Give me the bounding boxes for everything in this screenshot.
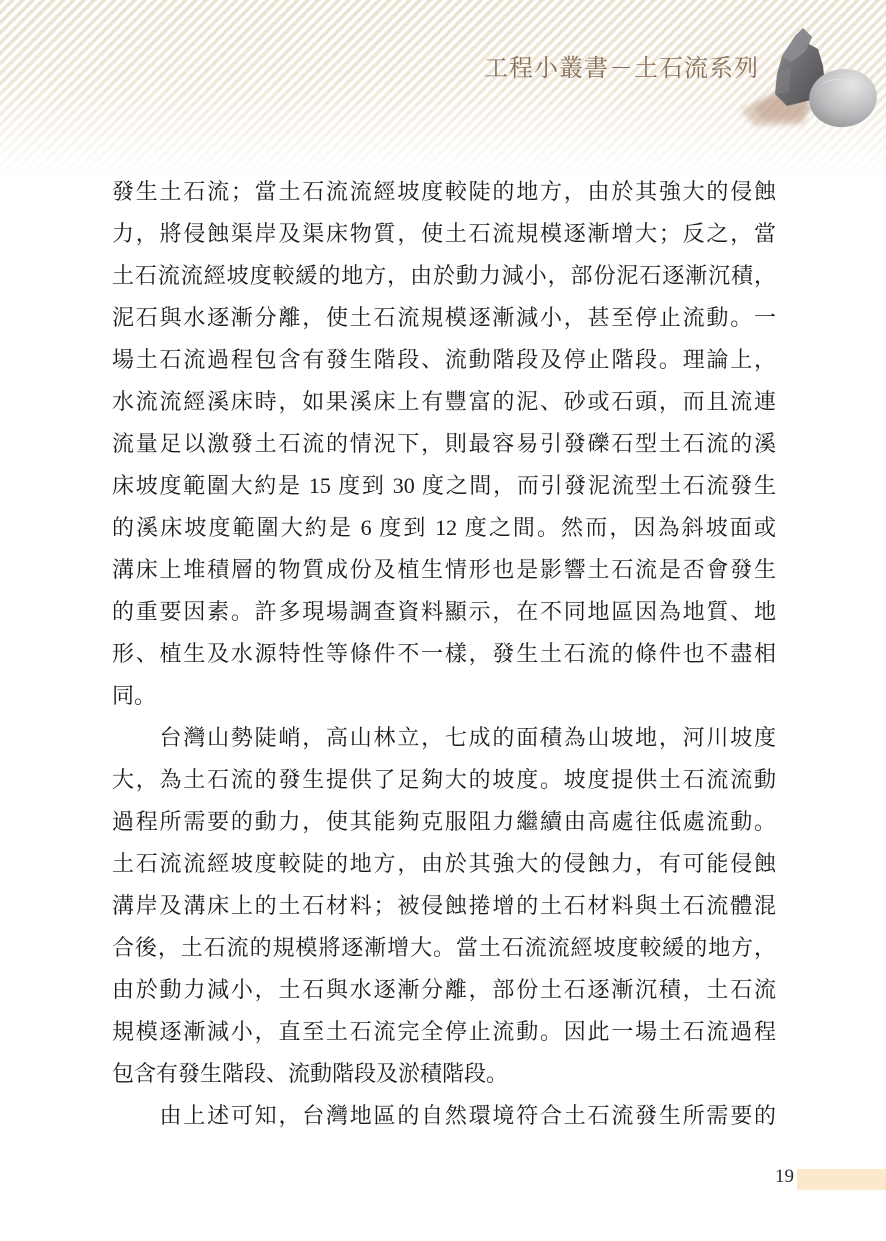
page-number: 19 [752, 1166, 794, 1188]
series-title: 工程小叢書－土石流系列 [484, 48, 748, 83]
text-line: 流量足以激發土石流的情況下，則最容易引發礫石型土石流的溪 [112, 423, 776, 465]
body-text: 發生土石流；當土石流流經坡度較陡的地方，由於其強大的侵蝕力，將侵蝕渠岸及渠床物質… [112, 171, 776, 1137]
text-line: 的溪床坡度範圍大約是 6 度到 12 度之間。然而，因為斜坡面或 [112, 507, 776, 549]
document-page: 工程小叢書－土石流系列 [0, 0, 886, 1241]
text-line: 同。 [112, 675, 776, 717]
text-line: 土石流流經坡度較陡的地方，由於其強大的侵蝕力，有可能侵蝕 [112, 843, 776, 885]
text-line: 土石流流經坡度較緩的地方，由於動力減小，部份泥石逐漸沉積， [112, 255, 776, 297]
text-line: 包含有發生階段、流動階段及淤積階段。 [112, 1053, 776, 1095]
text-line: 台灣山勢陡峭，高山林立，七成的面積為山坡地，河川坡度 [112, 717, 776, 759]
text-line: 的重要因素。許多現場調查資料顯示，在不同地區因為地質、地 [112, 591, 776, 633]
text-line: 過程所需要的動力，使其能夠克服阻力繼續由高處往低處流動。 [112, 801, 776, 843]
text-line: 合後，土石流的規模將逐漸增大。當土石流流經坡度較緩的地方， [112, 927, 776, 969]
text-line: 溝岸及溝床上的土石材料；被侵蝕捲增的土石材料與土石流體混 [112, 885, 776, 927]
text-line: 規模逐漸減小，直至土石流完全停止流動。因此一場土石流過程 [112, 1011, 776, 1053]
text-line: 溝床上堆積層的物質成份及植生情形也是影響土石流是否會發生 [112, 549, 776, 591]
text-line: 大，為土石流的發生提供了足夠大的坡度。坡度提供土石流流動 [112, 759, 776, 801]
text-line: 床坡度範圍大約是 15 度到 30 度之間，而引發泥流型土石流發生 [112, 465, 776, 507]
text-line: 力，將侵蝕渠岸及渠床物質，使土石流規模逐漸增大；反之，當 [112, 213, 776, 255]
footer-accent-bar [797, 1169, 886, 1190]
text-line: 水流流經溪床時，如果溪床上有豐富的泥、砂或石頭，而且流連 [112, 381, 776, 423]
text-line: 發生土石流；當土石流流經坡度較陡的地方，由於其強大的侵蝕 [112, 171, 776, 213]
text-line: 由於動力減小，土石與水逐漸分離，部份土石逐漸沉積，土石流 [112, 969, 776, 1011]
text-line: 泥石與水逐漸分離，使土石流規模逐漸減小，甚至停止流動。一 [112, 297, 776, 339]
text-line: 場土石流過程包含有發生階段、流動階段及停止階段。理論上， [112, 339, 776, 381]
text-line: 由上述可知，台灣地區的自然環境符合土石流發生所需要的 [112, 1095, 776, 1137]
text-line: 形、植生及水源特性等條件不一樣，發生土石流的條件也不盡相 [112, 633, 776, 675]
